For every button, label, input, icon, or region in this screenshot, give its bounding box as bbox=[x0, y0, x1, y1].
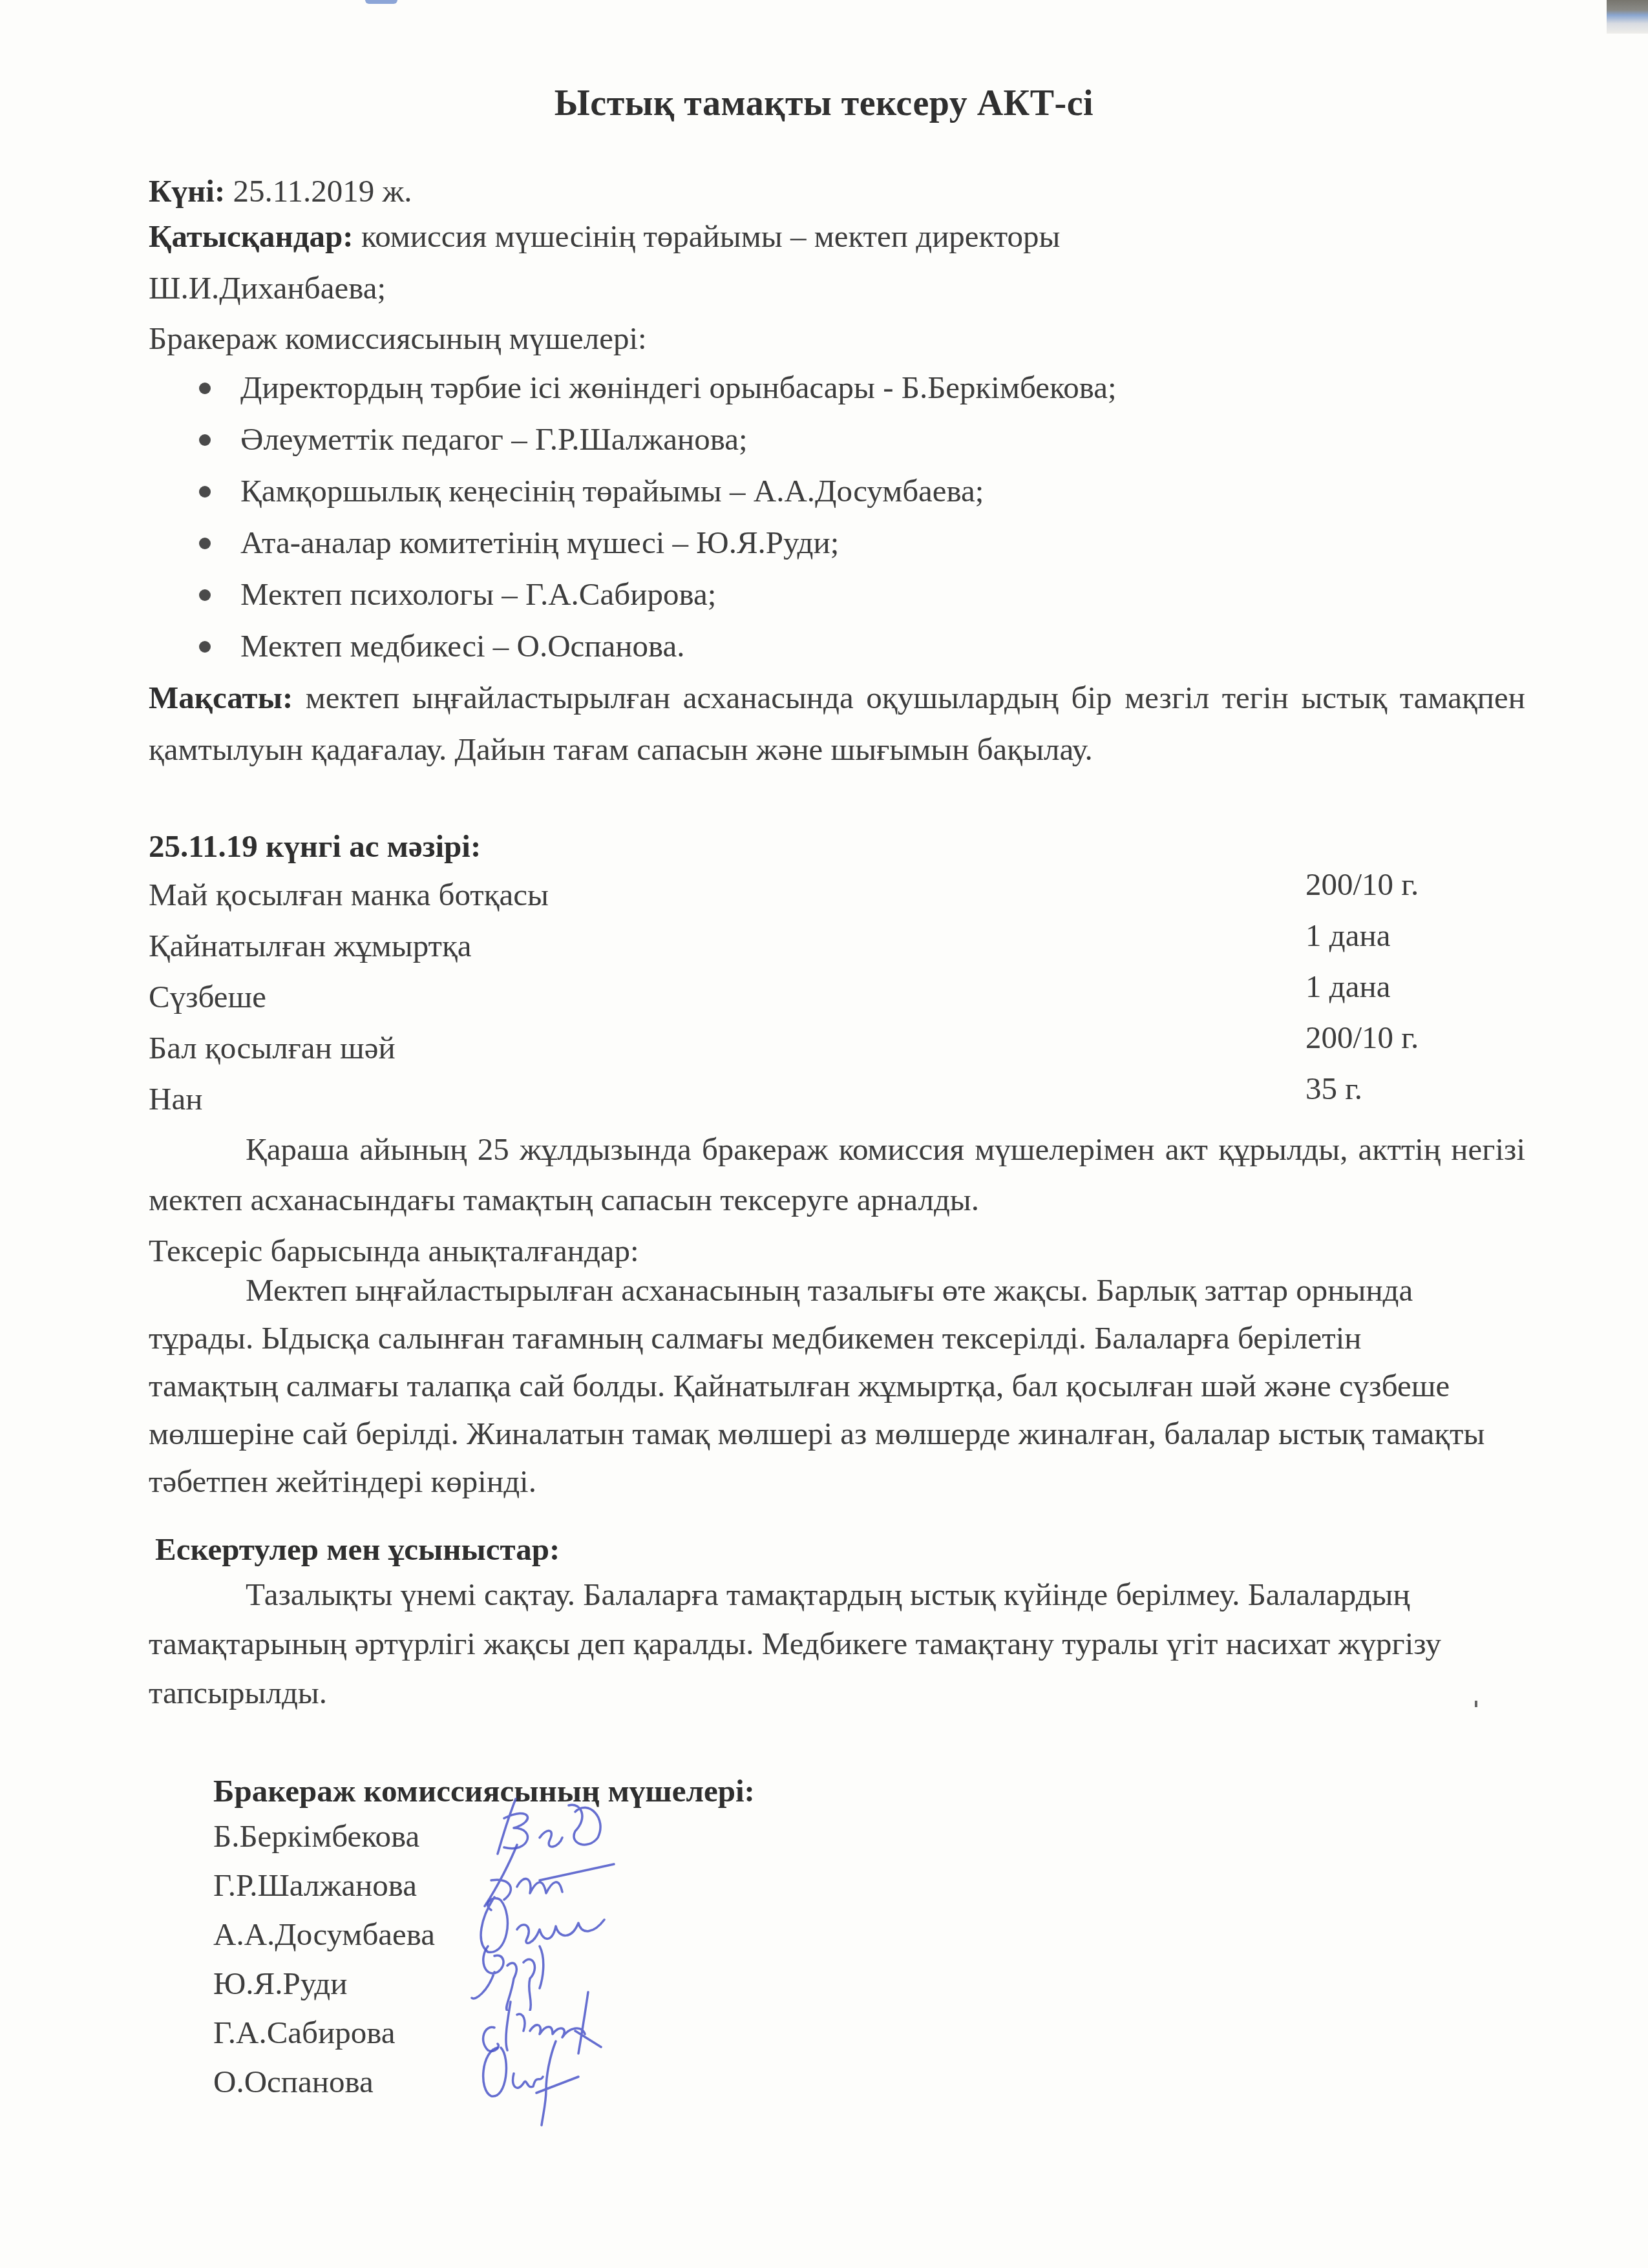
document-title: Ыстық тамақты тексеру АКТ-сі bbox=[0, 83, 1648, 124]
menu-row: Қайнатылған жұмыртқа 1 дана bbox=[149, 917, 1441, 968]
commission-heading: Бракераж комиссиясының мүшелері: bbox=[149, 320, 647, 357]
purpose-paragraph: Мақсаты: мектеп ыңғайластырылған асханас… bbox=[149, 672, 1525, 775]
date-value: 25.11.2019 ж. bbox=[225, 173, 412, 209]
list-item: Директордың тәрбие ісі жөніндегі орынбас… bbox=[194, 362, 1117, 414]
remarks-heading: Ескертулер мен ұсыныстар: bbox=[155, 1531, 560, 1568]
menu-item-qty: 200/10 г. bbox=[1305, 1019, 1419, 1056]
list-item: Мектеп медбикесі – О.Оспанова. bbox=[194, 620, 1117, 672]
signer-row: Г.А.Сабирова bbox=[213, 2008, 755, 2057]
bullet-icon bbox=[199, 641, 211, 653]
purpose-text: мектеп ыңғайластырылған асханасында оқуш… bbox=[149, 680, 1525, 767]
date-line: Күні: 25.11.2019 ж. bbox=[149, 173, 412, 209]
remarks-text: Тазалықты үнемі сақтау. Балаларға тамақт… bbox=[149, 1570, 1474, 1717]
signatures-block: Бракераж комиссиясының мүшелері: Б.Беркі… bbox=[213, 1770, 755, 2106]
body-paragraph-1: Қараша айының 25 жұлдызында бракераж ком… bbox=[149, 1124, 1525, 1225]
menu-item-qty: 35 г. bbox=[1305, 1070, 1362, 1107]
signer-row: А.А.Досумбаева bbox=[213, 1910, 755, 1959]
signer-row: О.Оспанова bbox=[213, 2057, 755, 2106]
signer-name: Ю.Я.Руди bbox=[213, 1966, 347, 2001]
menu-item-qty: 1 дана bbox=[1305, 968, 1390, 1005]
bullet-icon bbox=[199, 486, 211, 498]
participants-line: Қатысқандар: комиссия мүшесінің төрайымы… bbox=[149, 218, 1060, 255]
participants-name: Ш.И.Диханбаева; bbox=[149, 270, 386, 306]
member-text: Әлеуметтік педагог – Г.Р.Шалжанова; bbox=[240, 421, 748, 457]
menu-row: Сүзбеше 1 дана bbox=[149, 968, 1441, 1019]
menu-item-name: Нан bbox=[149, 1080, 202, 1117]
member-text: Директордың тәрбие ісі жөніндегі орынбас… bbox=[240, 370, 1117, 405]
member-text: Ата-аналар комитетінің мүшесі – Ю.Я.Руди… bbox=[240, 525, 839, 560]
list-item: Мектеп психологы – Г.А.Сабирова; bbox=[194, 569, 1117, 620]
menu-item-qty: 200/10 г. bbox=[1305, 866, 1419, 903]
purpose-label: Мақсаты: bbox=[149, 680, 293, 715]
member-text: Мектеп медбикесі – О.Оспанова. bbox=[240, 628, 685, 664]
menu-item-name: Бал қосылған шәй bbox=[149, 1029, 396, 1066]
menu-heading: 25.11.19 күнгі ас мәзірі: bbox=[149, 828, 481, 865]
bullet-icon bbox=[199, 434, 211, 446]
bullet-icon bbox=[199, 589, 211, 601]
menu-row: Нан 35 г. bbox=[149, 1070, 1441, 1121]
menu-row: Май қосылған манка ботқасы 200/10 г. bbox=[149, 866, 1441, 917]
signer-name: Г.А.Сабирова bbox=[213, 2015, 396, 2050]
commission-members-list: Директордың тәрбие ісі жөніндегі орынбас… bbox=[194, 362, 1117, 672]
signer-name: Г.Р.Шалжанова bbox=[213, 1867, 417, 1903]
date-label: Күні: bbox=[149, 173, 225, 209]
findings-intro: Тексеріс барысында анықталғандар: bbox=[149, 1233, 639, 1269]
member-text: Қамқоршылық кеңесінің төрайымы – А.А.Дос… bbox=[240, 473, 984, 509]
menu-row: Бал қосылған шәй 200/10 г. bbox=[149, 1019, 1441, 1070]
menu-item-qty: 1 дана bbox=[1305, 917, 1390, 954]
signatures-heading: Бракераж комиссиясының мүшелері: bbox=[213, 1770, 755, 1812]
list-item: Қамқоршылық кеңесінің төрайымы – А.А.Дос… bbox=[194, 465, 1117, 517]
signer-row: Б.Беркімбекова bbox=[213, 1812, 755, 1861]
menu-item-name: Қайнатылған жұмыртқа bbox=[149, 927, 472, 964]
document-page: Ыстық тамақты тексеру АКТ-сі Күні: 25.11… bbox=[0, 0, 1648, 2268]
signer-row: Ю.Я.Руди bbox=[213, 1959, 755, 2008]
participants-value: комиссия мүшесінің төрайымы – мектеп дир… bbox=[354, 218, 1061, 254]
scan-speck bbox=[1475, 1701, 1477, 1707]
signer-row: Г.Р.Шалжанова bbox=[213, 1861, 755, 1910]
signer-name: Б.Беркімбекова bbox=[213, 1818, 419, 1854]
bullet-icon bbox=[199, 383, 211, 394]
bullet-icon bbox=[199, 538, 211, 549]
signer-name: О.Оспанова bbox=[213, 2064, 374, 2099]
body-paragraph-2: Мектеп ыңғайластырылған асханасының таза… bbox=[149, 1266, 1493, 1506]
member-text: Мектеп психологы – Г.А.Сабирова; bbox=[240, 576, 716, 612]
menu-item-name: Май қосылған манка ботқасы bbox=[149, 876, 549, 913]
list-item: Ата-аналар комитетінің мүшесі – Ю.Я.Руди… bbox=[194, 517, 1117, 569]
signer-name: А.А.Досумбаева bbox=[213, 1916, 435, 1952]
participants-label: Қатысқандар: bbox=[149, 218, 354, 254]
menu-item-name: Сүзбеше bbox=[149, 978, 266, 1015]
list-item: Әлеуметтік педагог – Г.Р.Шалжанова; bbox=[194, 414, 1117, 465]
menu-table: Май қосылған манка ботқасы 200/10 г. Қай… bbox=[149, 866, 1441, 1121]
